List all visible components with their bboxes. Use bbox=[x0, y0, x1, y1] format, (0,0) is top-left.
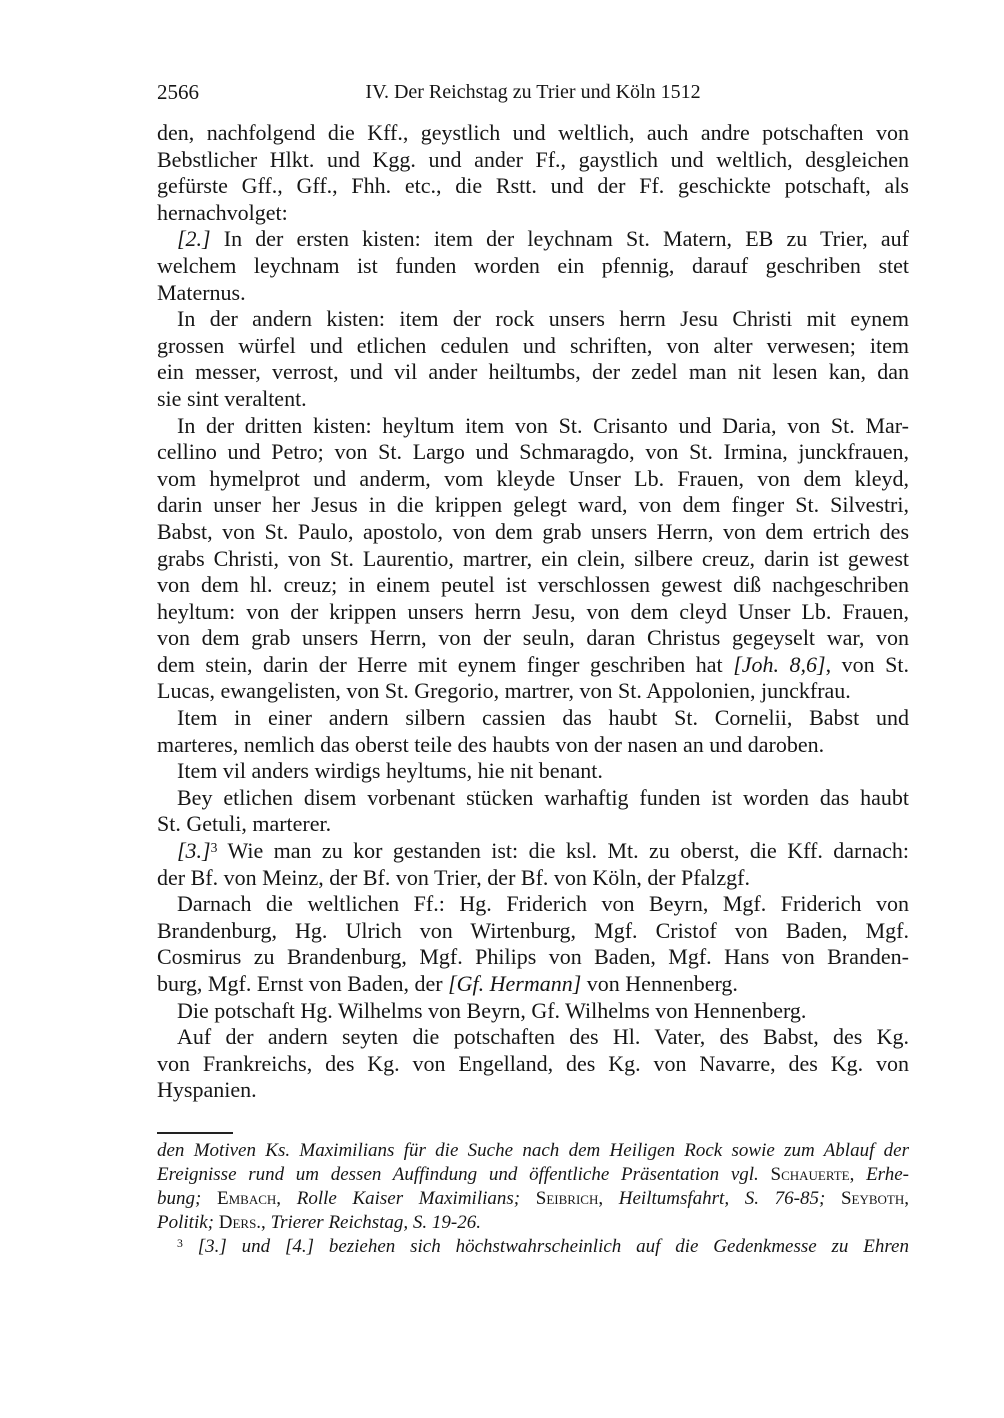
body-paragraph: Auf der andern seyten die potschaften de… bbox=[157, 1024, 909, 1104]
text-line: von dem hl. creuz; in einem peutel ist v… bbox=[157, 572, 909, 599]
footnotes: den Motiven Ks. Maximilians für die Such… bbox=[157, 1139, 909, 1259]
body-paragraph: Die potschaft Hg. Wilhelms von Beyrn, Gf… bbox=[157, 998, 909, 1025]
text-line: In der dritten kisten: heyltum item von … bbox=[157, 413, 909, 440]
text-line: Hyspanien. bbox=[157, 1077, 909, 1104]
running-title: IV. Der Reichstag zu Trier und Köln 1512 bbox=[157, 79, 909, 105]
text-column: 2566 IV. Der Reichstag zu Trier und Köln… bbox=[157, 0, 909, 1259]
body-paragraph: [3.]3 Wie man zu kor gestanden ist: die … bbox=[157, 838, 909, 891]
text-line: Ereignisse rund um dessen Auffindung und… bbox=[157, 1163, 909, 1187]
text-line: grabs Christi, von St. Laurentio, martre… bbox=[157, 546, 909, 573]
text-line: dem stein, darin der Herre mit eynem fin… bbox=[157, 652, 909, 679]
text-line: darin unser her Jesus in die krippen gel… bbox=[157, 492, 909, 519]
footnote-paragraph: 3 [3.] und [4.] beziehen sich höchstwahr… bbox=[157, 1235, 909, 1259]
body-paragraph: [2.] In der ersten kisten: item der leyc… bbox=[157, 226, 909, 306]
text-line: Item vil anders wirdigs heyltums, hie ni… bbox=[157, 758, 909, 785]
body-text: den, nachfolgend die Kff., geystlich und… bbox=[157, 120, 909, 1104]
text-line: gefürste Gff., Gff., Fhh. etc., die Rstt… bbox=[157, 173, 909, 200]
text-line: grossen würfel und etlichen cedulen und … bbox=[157, 333, 909, 360]
text-line: welchem leychnam ist funden worden ein p… bbox=[157, 253, 909, 280]
body-paragraph: Darnach die weltlichen Ff.: Hg. Frideric… bbox=[157, 891, 909, 997]
text-line: Auf der andern seyten die potschaften de… bbox=[157, 1024, 909, 1051]
text-line: Maternus. bbox=[157, 280, 909, 307]
text-line: marteres, nemlich das oberst teile des h… bbox=[157, 732, 909, 759]
text-line: [2.] In der ersten kisten: item der leyc… bbox=[157, 226, 909, 253]
body-paragraph: den, nachfolgend die Kff., geystlich und… bbox=[157, 120, 909, 226]
body-paragraph: In der dritten kisten: heyltum item von … bbox=[157, 413, 909, 706]
body-paragraph: Item in einer andern silbern cassien das… bbox=[157, 705, 909, 758]
text-line: St. Getuli, marterer. bbox=[157, 811, 909, 838]
text-line: heyltum: von der krippen unsers herrn Je… bbox=[157, 599, 909, 626]
book-page: 2566 IV. Der Reichstag zu Trier und Köln… bbox=[0, 0, 1004, 1418]
text-line: Die potschaft Hg. Wilhelms von Beyrn, Gf… bbox=[157, 998, 909, 1025]
text-line: den, nachfolgend die Kff., geystlich und… bbox=[157, 120, 909, 147]
text-line: burg, Mgf. Ernst von Baden, der [Gf. Her… bbox=[157, 971, 909, 998]
text-line: Darnach die weltlichen Ff.: Hg. Frideric… bbox=[157, 891, 909, 918]
text-line: Bebstlicher Hlkt. und Kgg. und ander Ff.… bbox=[157, 147, 909, 174]
text-line: der Bf. von Meinz, der Bf. von Trier, de… bbox=[157, 865, 909, 892]
text-line: Lucas, ewangelisten, von St. Gregorio, m… bbox=[157, 678, 909, 705]
text-line: [3.]3 Wie man zu kor gestanden ist: die … bbox=[157, 838, 909, 865]
text-line: Cosmirus zu Brandenburg, Mgf. Philips vo… bbox=[157, 944, 909, 971]
text-line: von dem grab unsers Herrn, von der seuln… bbox=[157, 625, 909, 652]
body-paragraph: Bey etlichen disem vorbenant stücken war… bbox=[157, 785, 909, 838]
body-paragraph: Item vil anders wirdigs heyltums, hie ni… bbox=[157, 758, 909, 785]
text-line: von Frankreichs, des Kg. von Engelland, … bbox=[157, 1051, 909, 1078]
footnote-paragraph: den Motiven Ks. Maximilians für die Such… bbox=[157, 1139, 909, 1235]
text-line: den Motiven Ks. Maximilians für die Such… bbox=[157, 1139, 909, 1163]
text-line: Brandenburg, Hg. Ulrich von Wirtenburg, … bbox=[157, 918, 909, 945]
text-line: 3 [3.] und [4.] beziehen sich höchstwahr… bbox=[157, 1235, 909, 1259]
text-line: Politik; Ders., Trierer Reichstag, S. 19… bbox=[157, 1211, 909, 1235]
text-line: Item in einer andern silbern cassien das… bbox=[157, 705, 909, 732]
page-number: 2566 bbox=[157, 79, 199, 105]
body-paragraph: In der andern kisten: item der rock unse… bbox=[157, 306, 909, 412]
text-line: cellino und Petro; von St. Largo und Sch… bbox=[157, 439, 909, 466]
running-header: 2566 IV. Der Reichstag zu Trier und Köln… bbox=[157, 79, 909, 105]
text-line: sie sint veraltent. bbox=[157, 386, 909, 413]
text-line: vom hymelprot und anderm, vom kleyde Uns… bbox=[157, 466, 909, 493]
text-line: hernachvolget: bbox=[157, 200, 909, 227]
text-line: In der andern kisten: item der rock unse… bbox=[157, 306, 909, 333]
text-line: ein messer, verrost, und vil ander heilt… bbox=[157, 359, 909, 386]
footnote-separator bbox=[157, 1132, 233, 1134]
text-line: Babst, von St. Paulo, apostolo, von dem … bbox=[157, 519, 909, 546]
text-line: Bey etlichen disem vorbenant stücken war… bbox=[157, 785, 909, 812]
text-line: bung; Embach, Rolle Kaiser Maximilians; … bbox=[157, 1187, 909, 1211]
